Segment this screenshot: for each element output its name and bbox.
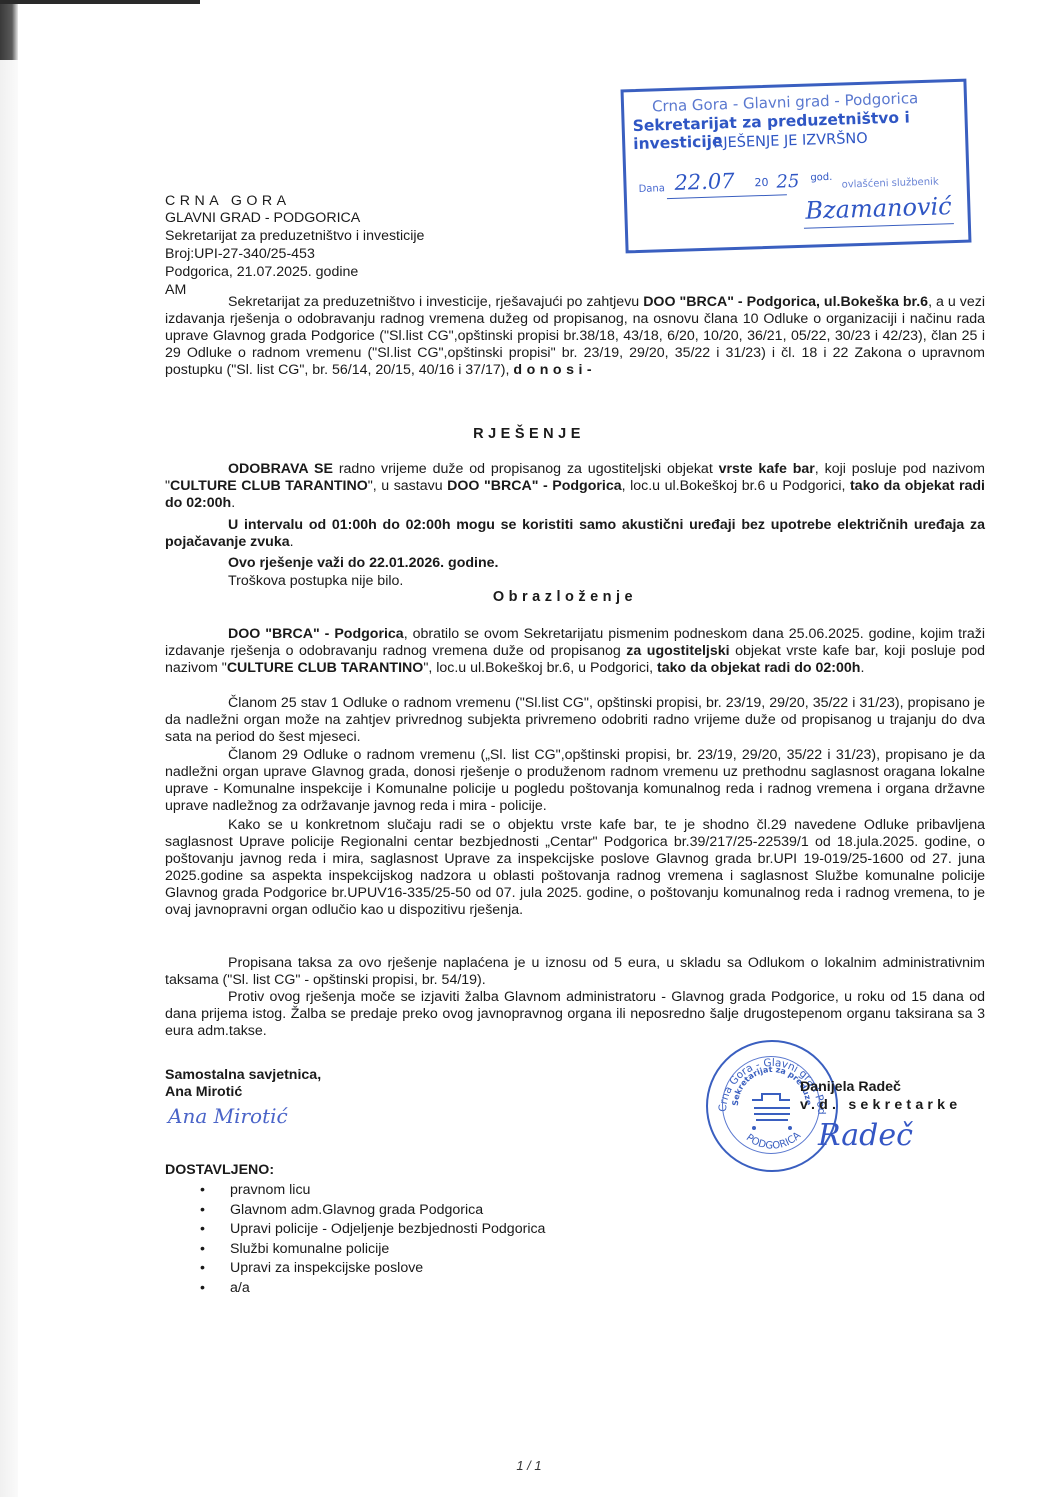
decision-text: ", u sastavu (368, 478, 447, 494)
author-signature: Ana Mirotić (168, 1104, 288, 1128)
stamp-signature: Bzamanović (805, 192, 952, 225)
decision-venue-name: CULTURE CLUB TARANTINO (170, 478, 368, 494)
decision-venue-type: vrste kafe bar (719, 461, 815, 477)
reasoning-text: ", loc.u ul.Bokeškoj br.6, u Podgorici, (423, 660, 657, 676)
svg-text:Sekretarijat za preduzetništvo: Sekretarijat za preduzetništvo i investi… (708, 1042, 813, 1106)
delivery-item: Službi komunalne policije (200, 1240, 545, 1260)
delivery-label-text: DOSTAVLJENO (165, 1162, 269, 1178)
stamp-date: 22.07 (674, 169, 735, 195)
preamble: Sekretarijat za preduzetništvo i investi… (165, 294, 985, 379)
preamble-applicant: DOO "BRCA" - Podgorica, ul.Bokeška br.6 (643, 294, 928, 310)
preamble-text: Sekretarijat za preduzetništvo i investi… (228, 294, 643, 310)
reasoning-paragraph-4: Kako se u konkretnom slučaju radi se o o… (165, 817, 985, 919)
decision-paragraph-3: Ovo rješenje važi do 22.01.2026. godine. (165, 555, 985, 572)
decision-paragraph-1: ODOBRAVA SE radno vrijeme duže od propis… (165, 461, 985, 512)
reasoning-paragraph-3: Članom 29 Odluke o radnom vremenu („Sl. … (165, 747, 985, 815)
decision-costs: Troškova postupka nije bilo. (228, 573, 403, 589)
stamp-dana-label: Dana (638, 183, 665, 195)
header-city: GLAVNI GRAD - PODGORICA (165, 210, 360, 227)
reasoning-paragraph-5: Propisana taksa za ovo rješenje naplaćen… (165, 955, 985, 989)
delivery-item: pravnom licu (200, 1181, 545, 1201)
scan-shadow-top (0, 0, 200, 4)
header-department: Sekretarijat za preduzetništvo i investi… (165, 228, 424, 245)
reasoning-venue-name: CULTURE CLUB TARANTINO (227, 660, 424, 676)
delivery-list: pravnom licu Glavnom adm.Glavnog grada P… (200, 1181, 545, 1298)
page-number: 1 / 1 (0, 1458, 1058, 1473)
preamble-donosi: donosi- (513, 362, 596, 378)
decision-paragraph-2: U intervalu od 01:00h do 02:00h mogu se … (165, 517, 985, 551)
signer-name: Danijela Radeč (800, 1078, 961, 1096)
header-number: Broj:UPI-27-340/25-453 (165, 246, 315, 263)
stamp-god-label: god. (810, 172, 832, 184)
reasoning-paragraph-2: Članom 25 stav 1 Odluke o radnom vremenu… (165, 695, 985, 746)
signer-role: v.d. sekretarke (800, 1096, 961, 1114)
decision-sound-restriction: U intervalu od 01:00h do 02:00h mogu se … (165, 517, 985, 550)
decision-company: DOO "BRCA" - Podgorica (447, 478, 621, 494)
reasoning-paragraph-6: Protiv ovog rješenja moče se izjaviti ža… (165, 989, 985, 1040)
svg-text:PODGORICA: PODGORICA (744, 1130, 803, 1152)
delivery-item: Upravi policije - Odjeljenje bezbjednost… (200, 1220, 545, 1240)
author-name: Ana Mirotić (165, 1084, 242, 1101)
reasoning-hours: tako da objekat radi do 02:00h (657, 660, 860, 676)
decision-text: . (290, 534, 294, 550)
signer-block: Danijela Radeč v.d. sekretarke (800, 1078, 961, 1114)
reasoning-title: Obrazloženje (0, 589, 1058, 605)
reasoning-text: . (860, 660, 864, 676)
stamp-year-prefix: 20 (754, 176, 768, 189)
reasoning-paragraph-1: DOO "BRCA" - Podgorica, obratilo se ovom… (165, 626, 985, 677)
decision-text: , loc.u ul.Bokeškoj br.6 u Podgorici, (622, 478, 850, 494)
reasoning-article-29: Članom 29 Odluke o radnom vremenu („Sl. … (165, 747, 985, 814)
scan-shadow (0, 0, 18, 60)
delivery-item: Glavnom adm.Glavnog grada Podgorica (200, 1201, 545, 1221)
author-role: Samostalna savjetnica, (165, 1067, 321, 1084)
stamp-line3: RJEŠENJE JE IZVRŠNO (713, 131, 868, 152)
header-country: CRNA GORA (165, 193, 291, 210)
stamp-date-line (667, 194, 787, 199)
stamp-official-label: ovlašćeni službenik (841, 177, 938, 191)
reasoning-fee: Propisana taksa za ovo rješenje naplaćen… (165, 955, 985, 988)
reasoning-company: DOO "BRCA" - Podgorica (228, 626, 404, 642)
reasoning-approvals: Kako se u konkretnom slučaju radi se o o… (165, 817, 985, 918)
decision-text: . (231, 495, 235, 511)
delivery-label: DOSTAVLJENO: (165, 1162, 274, 1178)
delivery-item: Upravi za inspekcijske poslove (200, 1259, 545, 1279)
scan-border (0, 60, 18, 1497)
decision-text: radno vrijeme duže od propisanog za ugos… (333, 461, 719, 477)
reasoning-appeal: Protiv ovog rješenja moče se izjaviti ža… (165, 989, 985, 1039)
stamp-year: 25 (776, 171, 800, 193)
delivery-item: a/a (200, 1279, 545, 1299)
header-place-date: Podgorica, 21.07.2025. godine (165, 264, 358, 281)
signer-signature: Radeč (818, 1118, 913, 1153)
execution-stamp: Crna Gora - Glavni grad - Podgorica Sekr… (621, 79, 972, 254)
decision-title: RJEŠENJE (0, 426, 1058, 442)
decision-paragraph-4: Troškova postupka nije bilo. (165, 573, 985, 590)
decision-validity: Ovo rješenje važi do 22.01.2026. godine. (228, 555, 498, 571)
reasoning-text-bold: za ugostiteljski (626, 643, 729, 659)
reasoning-article-25: Članom 25 stav 1 Odluke o radnom vremenu… (165, 695, 985, 745)
decision-approval: ODOBRAVA SE (228, 461, 333, 477)
